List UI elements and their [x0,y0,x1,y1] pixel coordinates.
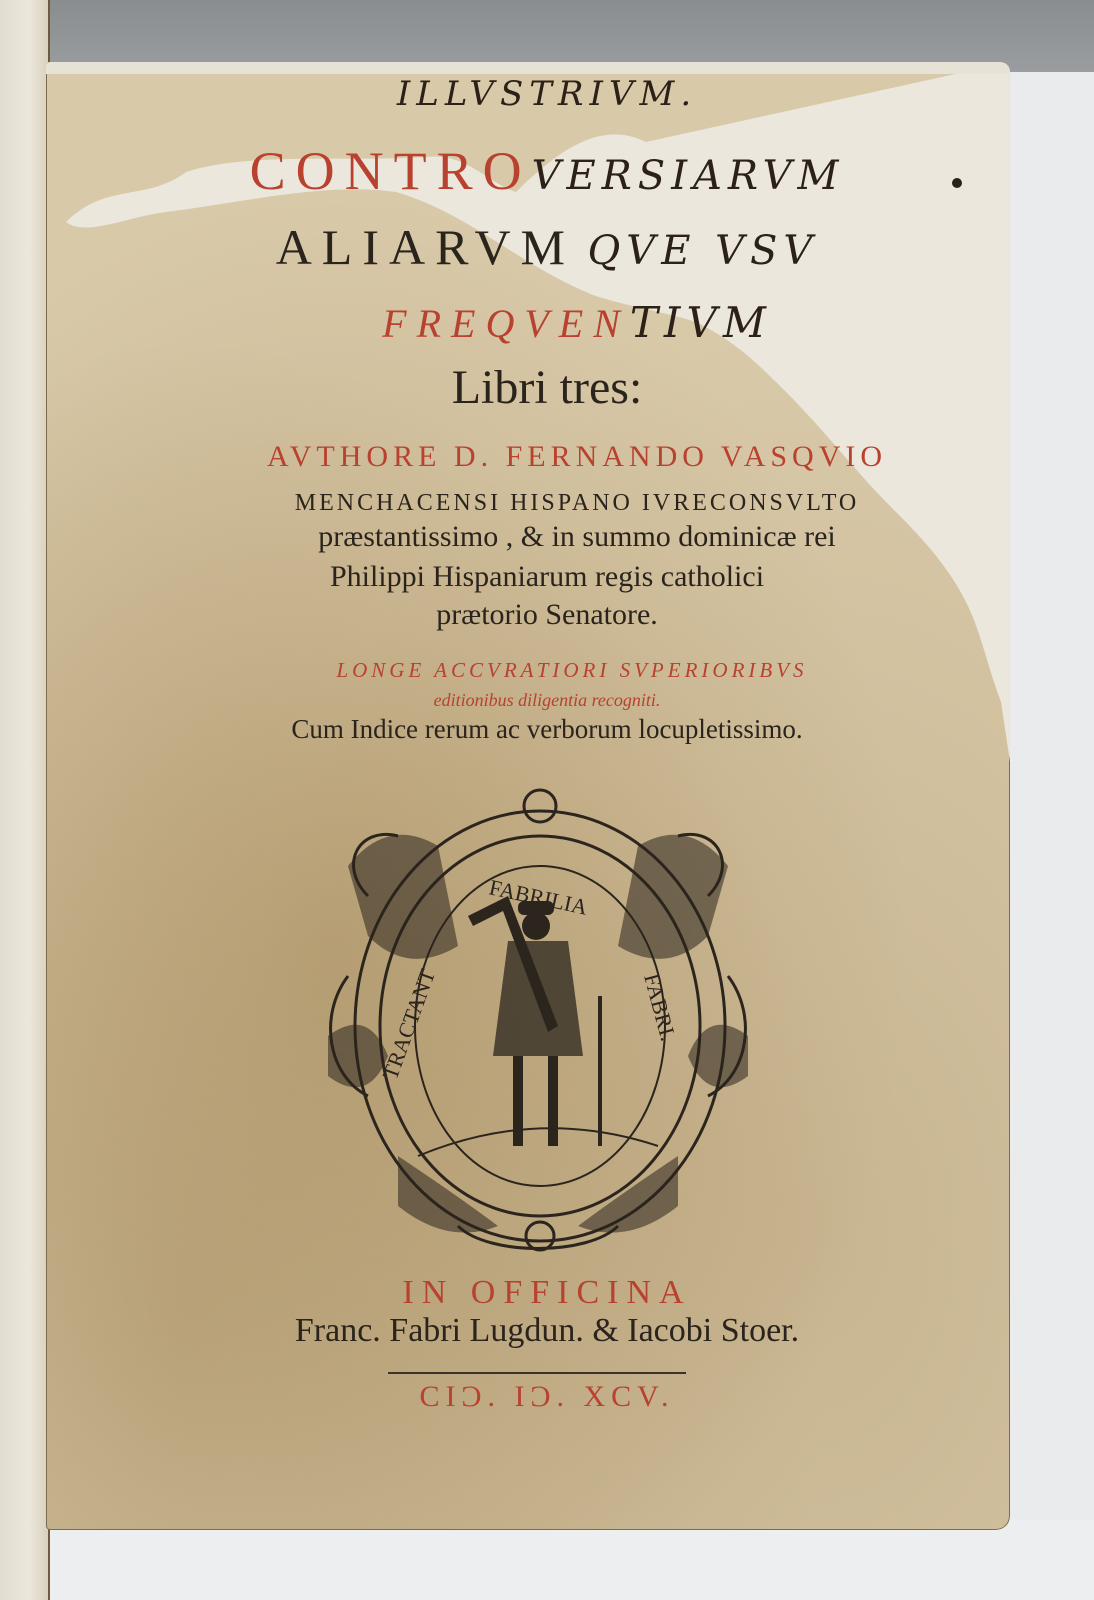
title-line3-printed: FREQVEN [382,301,630,346]
author-line5: prætorio Senatore. [0,598,1094,632]
imprint-line1: IN OFFICINA [0,1274,1094,1312]
emblem-motto-left: TRACTANT [377,965,440,1083]
manuscript-top: ILLVSTRIVM. [0,74,1094,114]
imprint-line2: Franc. Fabri Lugdun. & Iacobi Stoer. [0,1312,1094,1350]
printers-device-emblem: TRACTANT FABRILIA FABRI. [308,776,768,1256]
imprint-rule [388,1372,686,1374]
author-line: AVTHORE D. FERNANDO VASQVIO [0,440,1094,474]
title-line2-printed: ALIARVM [276,219,575,275]
background-table-surface [0,1520,1094,1600]
edition-line2: editionibus diligentia recogniti. [0,690,1094,711]
title-line1-manuscript: VERSIARVM [532,153,845,199]
edition-line1: LONGE ACCVRATIORI SVPERIORIBVS [0,658,1094,683]
index-line: Cum Indice rerum ac verborum locupletiss… [0,714,1094,745]
author-line3: præstantissimo , & in summo dominicæ rei [0,520,1094,554]
title-line2-manuscript: QVE VSV [588,228,819,274]
publication-date: CIϽ. IϽ. XCV. [0,1380,1094,1414]
title-line3-manuscript: TIVM [630,298,772,347]
title-line1-printed: CONTRO [250,141,532,201]
subtitle: Libri tres: [0,360,1094,415]
author-line2: MENCHACENSI HISPANO IVRECONSVLTO [0,490,1094,517]
author-line4: Philippi Hispaniarum regis catholici [0,560,1094,594]
emblem-motto-right: FABRI. [639,971,681,1044]
